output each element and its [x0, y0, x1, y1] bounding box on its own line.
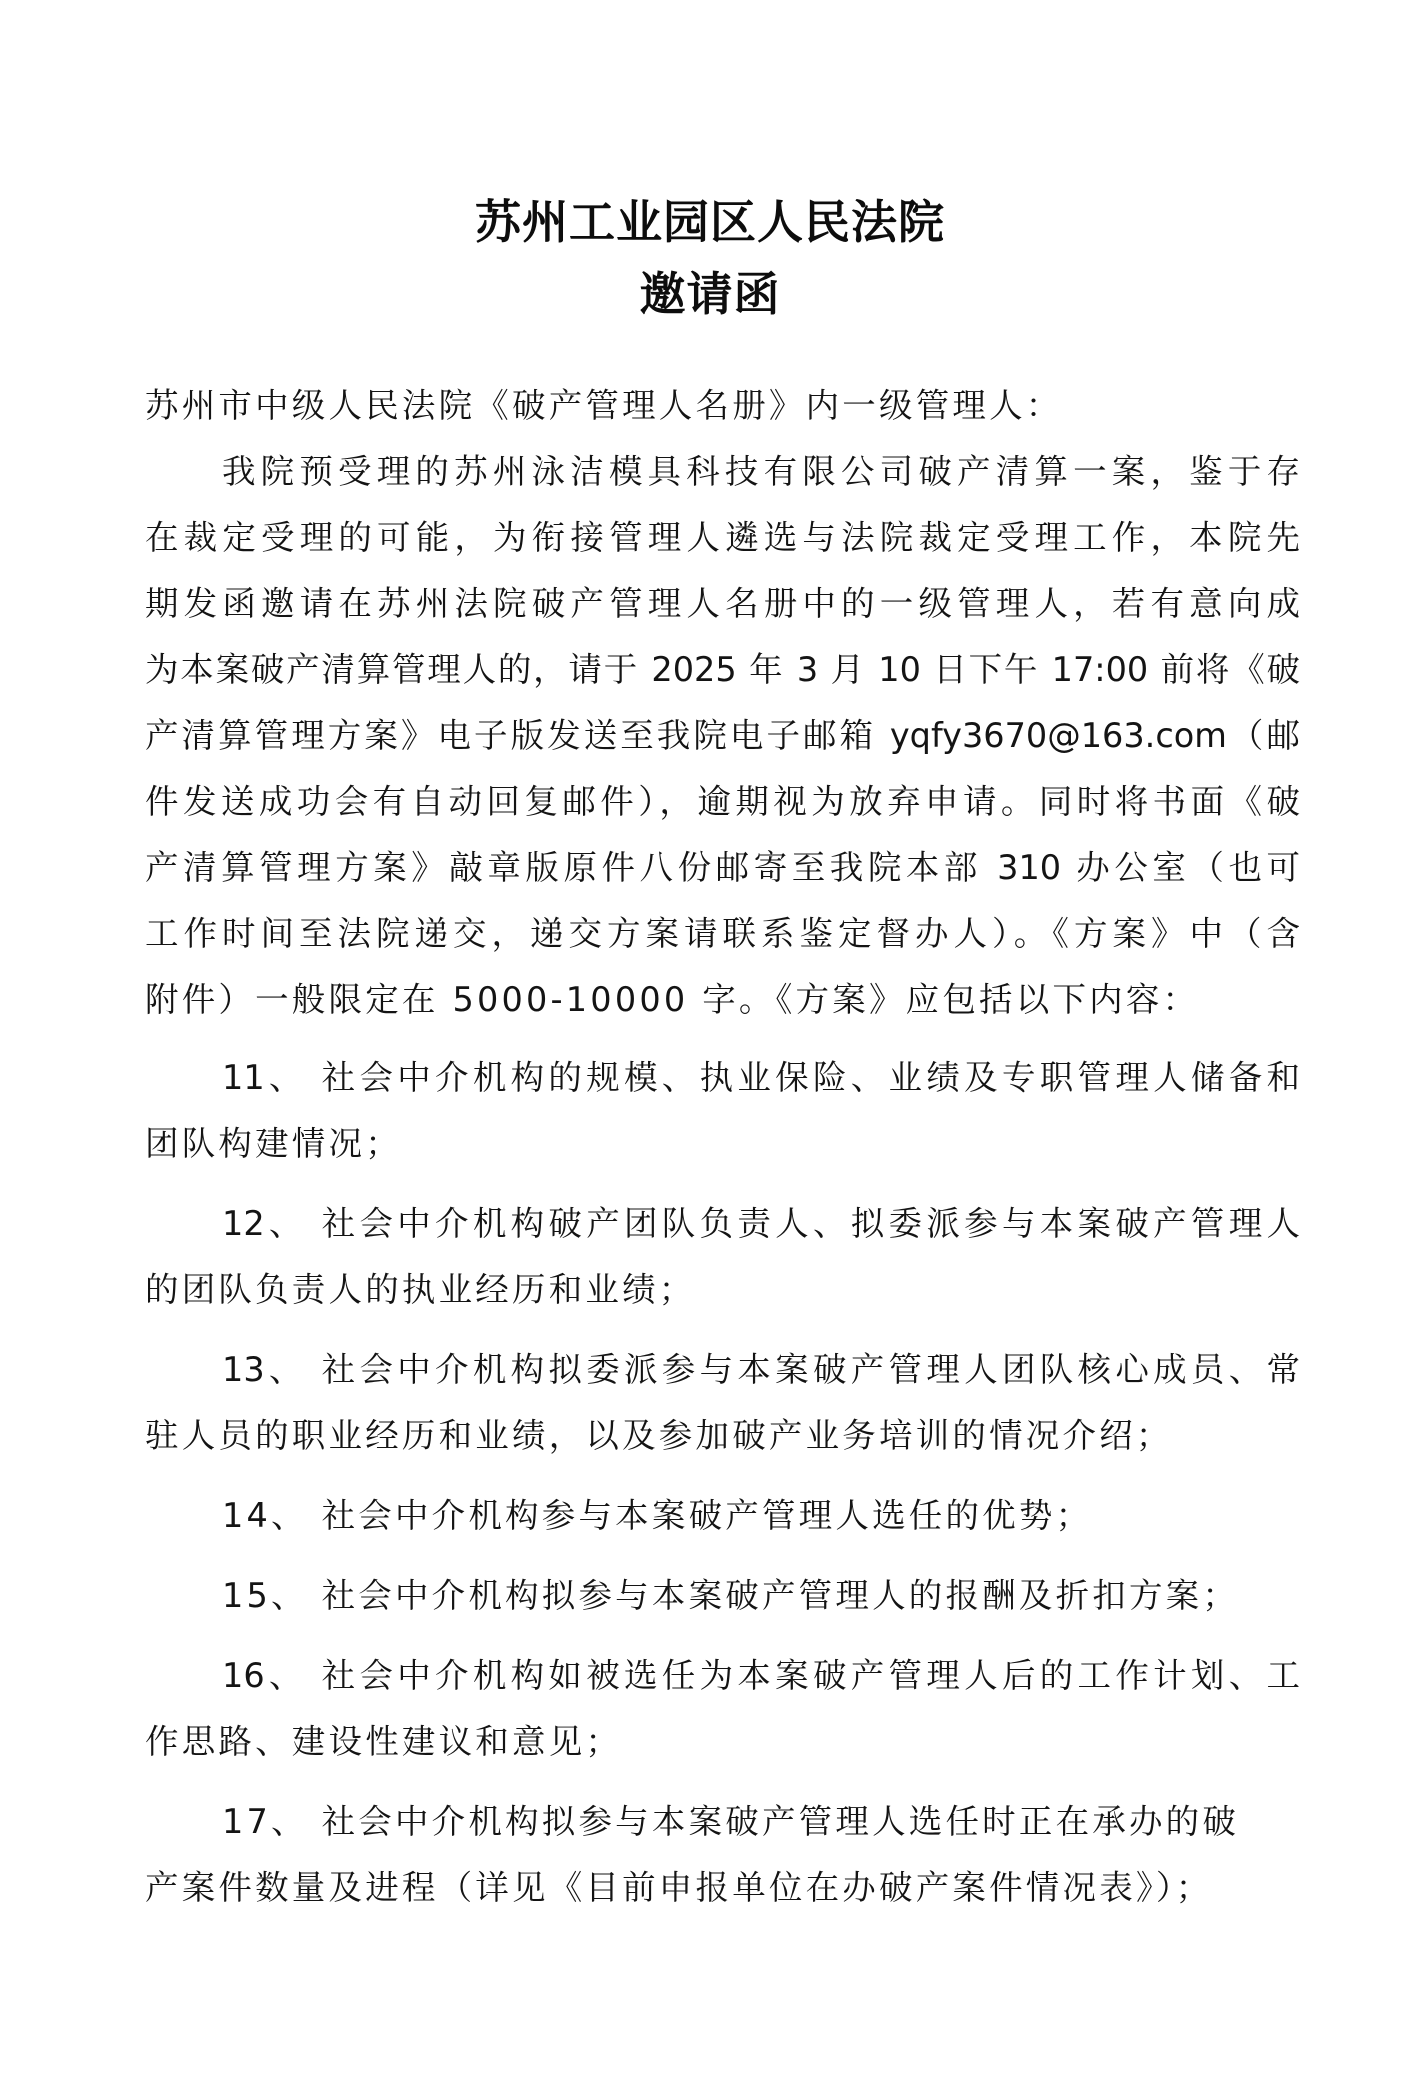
- list-item-16-cont: 作思路、建设性建议和意见；: [145, 1722, 622, 1762]
- court-name-title: 苏州工业园区人民法院: [0, 186, 1420, 252]
- body-line: 期发函邀请在苏州法院破产管理人名册中的一级管理人，若有意向成: [145, 584, 1300, 624]
- list-item-16: 16、 社会中介机构如被选任为本案破产管理人后的工作计划、工: [222, 1656, 1300, 1696]
- body-line: 产清算管理方案》敲章版原件八份邮寄至我院本部 310 办公室（也可: [145, 848, 1300, 888]
- list-item-14: 14、 社会中介机构参与本案破产管理人选任的优势；: [222, 1496, 1092, 1536]
- list-item-12-cont: 的团队负责人的执业经历和业绩；: [145, 1270, 696, 1310]
- list-item-13: 13、 社会中介机构拟委派参与本案破产管理人团队核心成员、常: [222, 1350, 1300, 1390]
- body-line: 我院预受理的苏州泳洁模具科技有限公司破产清算一案，鉴于存: [222, 452, 1300, 492]
- body-line: 为本案破产清算管理人的，请于 2025 年 3 月 10 日下午 17:00 前…: [145, 650, 1300, 690]
- body-line: 在裁定受理的可能，为衔接管理人遴选与法院裁定受理工作，本院先: [145, 518, 1300, 558]
- body-line: 件发送成功会有自动回复邮件），逾期视为放弃申请。同时将书面《破: [145, 782, 1300, 822]
- list-item-13-cont: 驻人员的职业经历和业绩，以及参加破产业务培训的情况介绍；: [145, 1416, 1173, 1456]
- list-item-17: 17、 社会中介机构拟参与本案破产管理人选任时正在承办的破: [222, 1802, 1239, 1842]
- addressee-line: 苏州市中级人民法院《破产管理人名册》内一级管理人：: [145, 386, 1063, 426]
- list-item-17-cont: 产案件数量及进程（详见《目前申报单位在办破产案件情况表》）；: [145, 1868, 1213, 1908]
- body-line: 工作时间至法院递交，递交方案请联系鉴定督办人）。《方案》中（含: [145, 914, 1300, 954]
- document-type-title: 邀请函: [0, 258, 1420, 324]
- list-item-12: 12、 社会中介机构破产团队负责人、拟委派参与本案破产管理人: [222, 1204, 1300, 1244]
- body-line-email: 产清算管理方案》电子版发送至我院电子邮箱 yqfy3670@163.com（邮: [145, 716, 1300, 756]
- list-item-11: 11、 社会中介机构的规模、执业保险、业绩及专职管理人储备和: [222, 1058, 1300, 1098]
- body-line: 附件）一般限定在 5000-10000 字。《方案》应包括以下内容：: [145, 980, 1199, 1020]
- list-item-11-cont: 团队构建情况；: [145, 1124, 402, 1164]
- list-item-15: 15、 社会中介机构拟参与本案破产管理人的报酬及折扣方案；: [222, 1576, 1239, 1616]
